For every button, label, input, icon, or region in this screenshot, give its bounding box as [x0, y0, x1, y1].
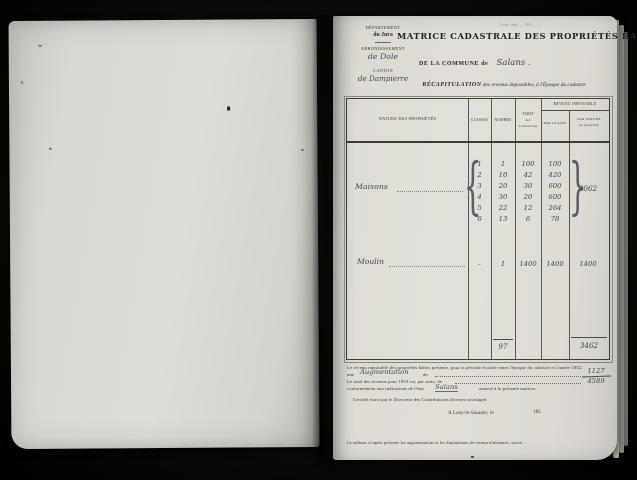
ink-speck: [49, 148, 51, 150]
recap-subtitle: RÉCAPITULATION des revenus imposables, à…: [391, 81, 617, 88]
cell-classe: 1: [468, 160, 491, 168]
cell-tarif: 30: [515, 182, 541, 190]
col-tarif: TARIF: [515, 112, 541, 116]
footer-commune-hand: Salans: [435, 383, 458, 392]
cell-par-classe: 78: [541, 215, 569, 223]
cell-classe: -: [468, 260, 491, 268]
cell-tarif: 20: [515, 193, 541, 201]
recap-rest: des revenus imposables, à l'Époque du ca…: [481, 82, 585, 88]
cell-classe: 4: [468, 193, 491, 201]
dotted-leader: [397, 190, 463, 192]
cell-par-classe: 420: [541, 171, 569, 179]
total-par-nature: 3462: [569, 341, 609, 350]
document-title: MATRICE CADASTRALE DES PROPRIÉTÉS BATIES: [397, 31, 611, 41]
dotted-leader: [435, 375, 581, 377]
ink-speck: [301, 149, 303, 151]
dotted-leader: [389, 265, 465, 267]
footer-line2-pre: une: [347, 372, 354, 377]
right-page: Lons, imp. — 185, — 1. DÉPARTEMENT du Ju…: [333, 16, 617, 460]
table-vline: [541, 99, 542, 359]
dotted-leader: [455, 382, 581, 384]
ink-speck: [227, 107, 230, 111]
table-vline: [491, 99, 492, 359]
footer-line4-post: annexé à la présente matrice.: [479, 386, 537, 391]
row-label-moulin: Moulin: [357, 257, 384, 266]
cell-par-nature-maisons: 2062: [571, 184, 605, 193]
recap-word: RÉCAPITULATION: [422, 81, 481, 88]
cell-tarif: 1400: [515, 260, 541, 268]
left-page: [9, 19, 320, 449]
footer-year: 185: [533, 410, 541, 415]
divider-rule: [375, 42, 391, 43]
col-par-classe: PAR CLASSE: [541, 121, 569, 125]
footer-certified: Certifié exact par le Directeur des Cont…: [353, 397, 487, 402]
cell-par-nature-moulin: 1400: [571, 260, 605, 268]
col-nature: NATURE DES PROPRIÉTÉS: [347, 116, 468, 121]
total-rule-nature: [571, 337, 607, 338]
ink-speck: [39, 45, 42, 47]
col-par-nature2: de propriété: [569, 123, 609, 127]
canton-label: CANTON: [337, 68, 429, 73]
header-bottom-rule: [347, 141, 609, 143]
col-par-nature: PAR NATURE: [569, 117, 609, 121]
ink-speck: [21, 81, 23, 84]
cell-nombre: 30: [491, 193, 515, 201]
cell-par-classe: 600: [541, 193, 569, 201]
footer-value1: 1127: [583, 367, 609, 375]
cell-classe: 2: [468, 171, 491, 179]
cell-tarif: 12: [515, 204, 541, 212]
footer-line2-post: de.: [423, 372, 429, 377]
printer-imprint: Lons, imp. — 185, — 1.: [451, 23, 591, 27]
cell-classe: 6: [468, 215, 491, 223]
col-nombre: NOMBRE: [491, 118, 515, 122]
revenu-band-rule: [541, 110, 609, 111]
footer-augmentation-hand: Augmentation: [360, 368, 409, 376]
cell-tarif: 6: [515, 215, 541, 223]
table-vline: [515, 99, 516, 359]
cell-nombre: 1: [491, 260, 515, 268]
recap-table: NATURE DES PROPRIÉTÉS CLASSES NOMBRE TAR…: [346, 98, 610, 360]
footer-line4-pre: conformément aux indications de l'état: [347, 386, 424, 391]
commune-label: DE LA COMMUNE de: [419, 61, 488, 67]
footer-value2: 4589: [583, 377, 609, 385]
cell-classe: 5: [468, 204, 491, 212]
total-rule-nombre: [493, 339, 513, 340]
departement-label: DÉPARTEMENT: [337, 25, 429, 30]
cell-par-classe: 600: [541, 182, 569, 190]
footer-bottom-note: Le tableau ci-après présente les augment…: [347, 440, 537, 445]
commune-value: Salans .: [496, 58, 530, 68]
cell-tarif: 100: [515, 160, 541, 168]
cell-classe: 3: [468, 182, 491, 190]
total-nombre: 97: [491, 342, 515, 351]
table-vline: [468, 99, 469, 359]
footer-line3: Le total des revenus pour 1853 est, par …: [347, 379, 442, 384]
cell-par-classe: 1400: [541, 260, 569, 268]
col-revenu: REVENU IMPOSABLE: [541, 102, 609, 107]
row-label-maisons: Maisons: [355, 182, 388, 191]
footer-place-date: A Lons-le-Saunier, le: [448, 411, 494, 416]
arrondissement-label: ARRONDISSEMENT: [337, 46, 429, 51]
cell-nombre: 20: [491, 182, 515, 190]
cell-par-classe: 100: [541, 160, 569, 168]
commune-line: DE LA COMMUNE de Salans .: [419, 52, 569, 70]
cell-nombre: 13: [491, 215, 515, 223]
col-tarif-sub2: évaluations: [515, 124, 541, 128]
cell-nombre: 10: [491, 171, 515, 179]
ink-speck: [471, 456, 474, 458]
col-tarif-sub: des: [515, 118, 541, 122]
cell-par-classe: 264: [541, 204, 569, 212]
col-classes: CLASSES: [468, 118, 491, 122]
cell-nombre: 22: [491, 204, 515, 212]
cell-tarif: 42: [515, 171, 541, 179]
page-edge-stack: [624, 32, 628, 446]
arrondissement-value: de Dole: [337, 52, 429, 61]
book-scan: Lons, imp. — 185, — 1. DÉPARTEMENT du Ju…: [0, 0, 637, 480]
cell-nombre: 1: [491, 160, 515, 168]
